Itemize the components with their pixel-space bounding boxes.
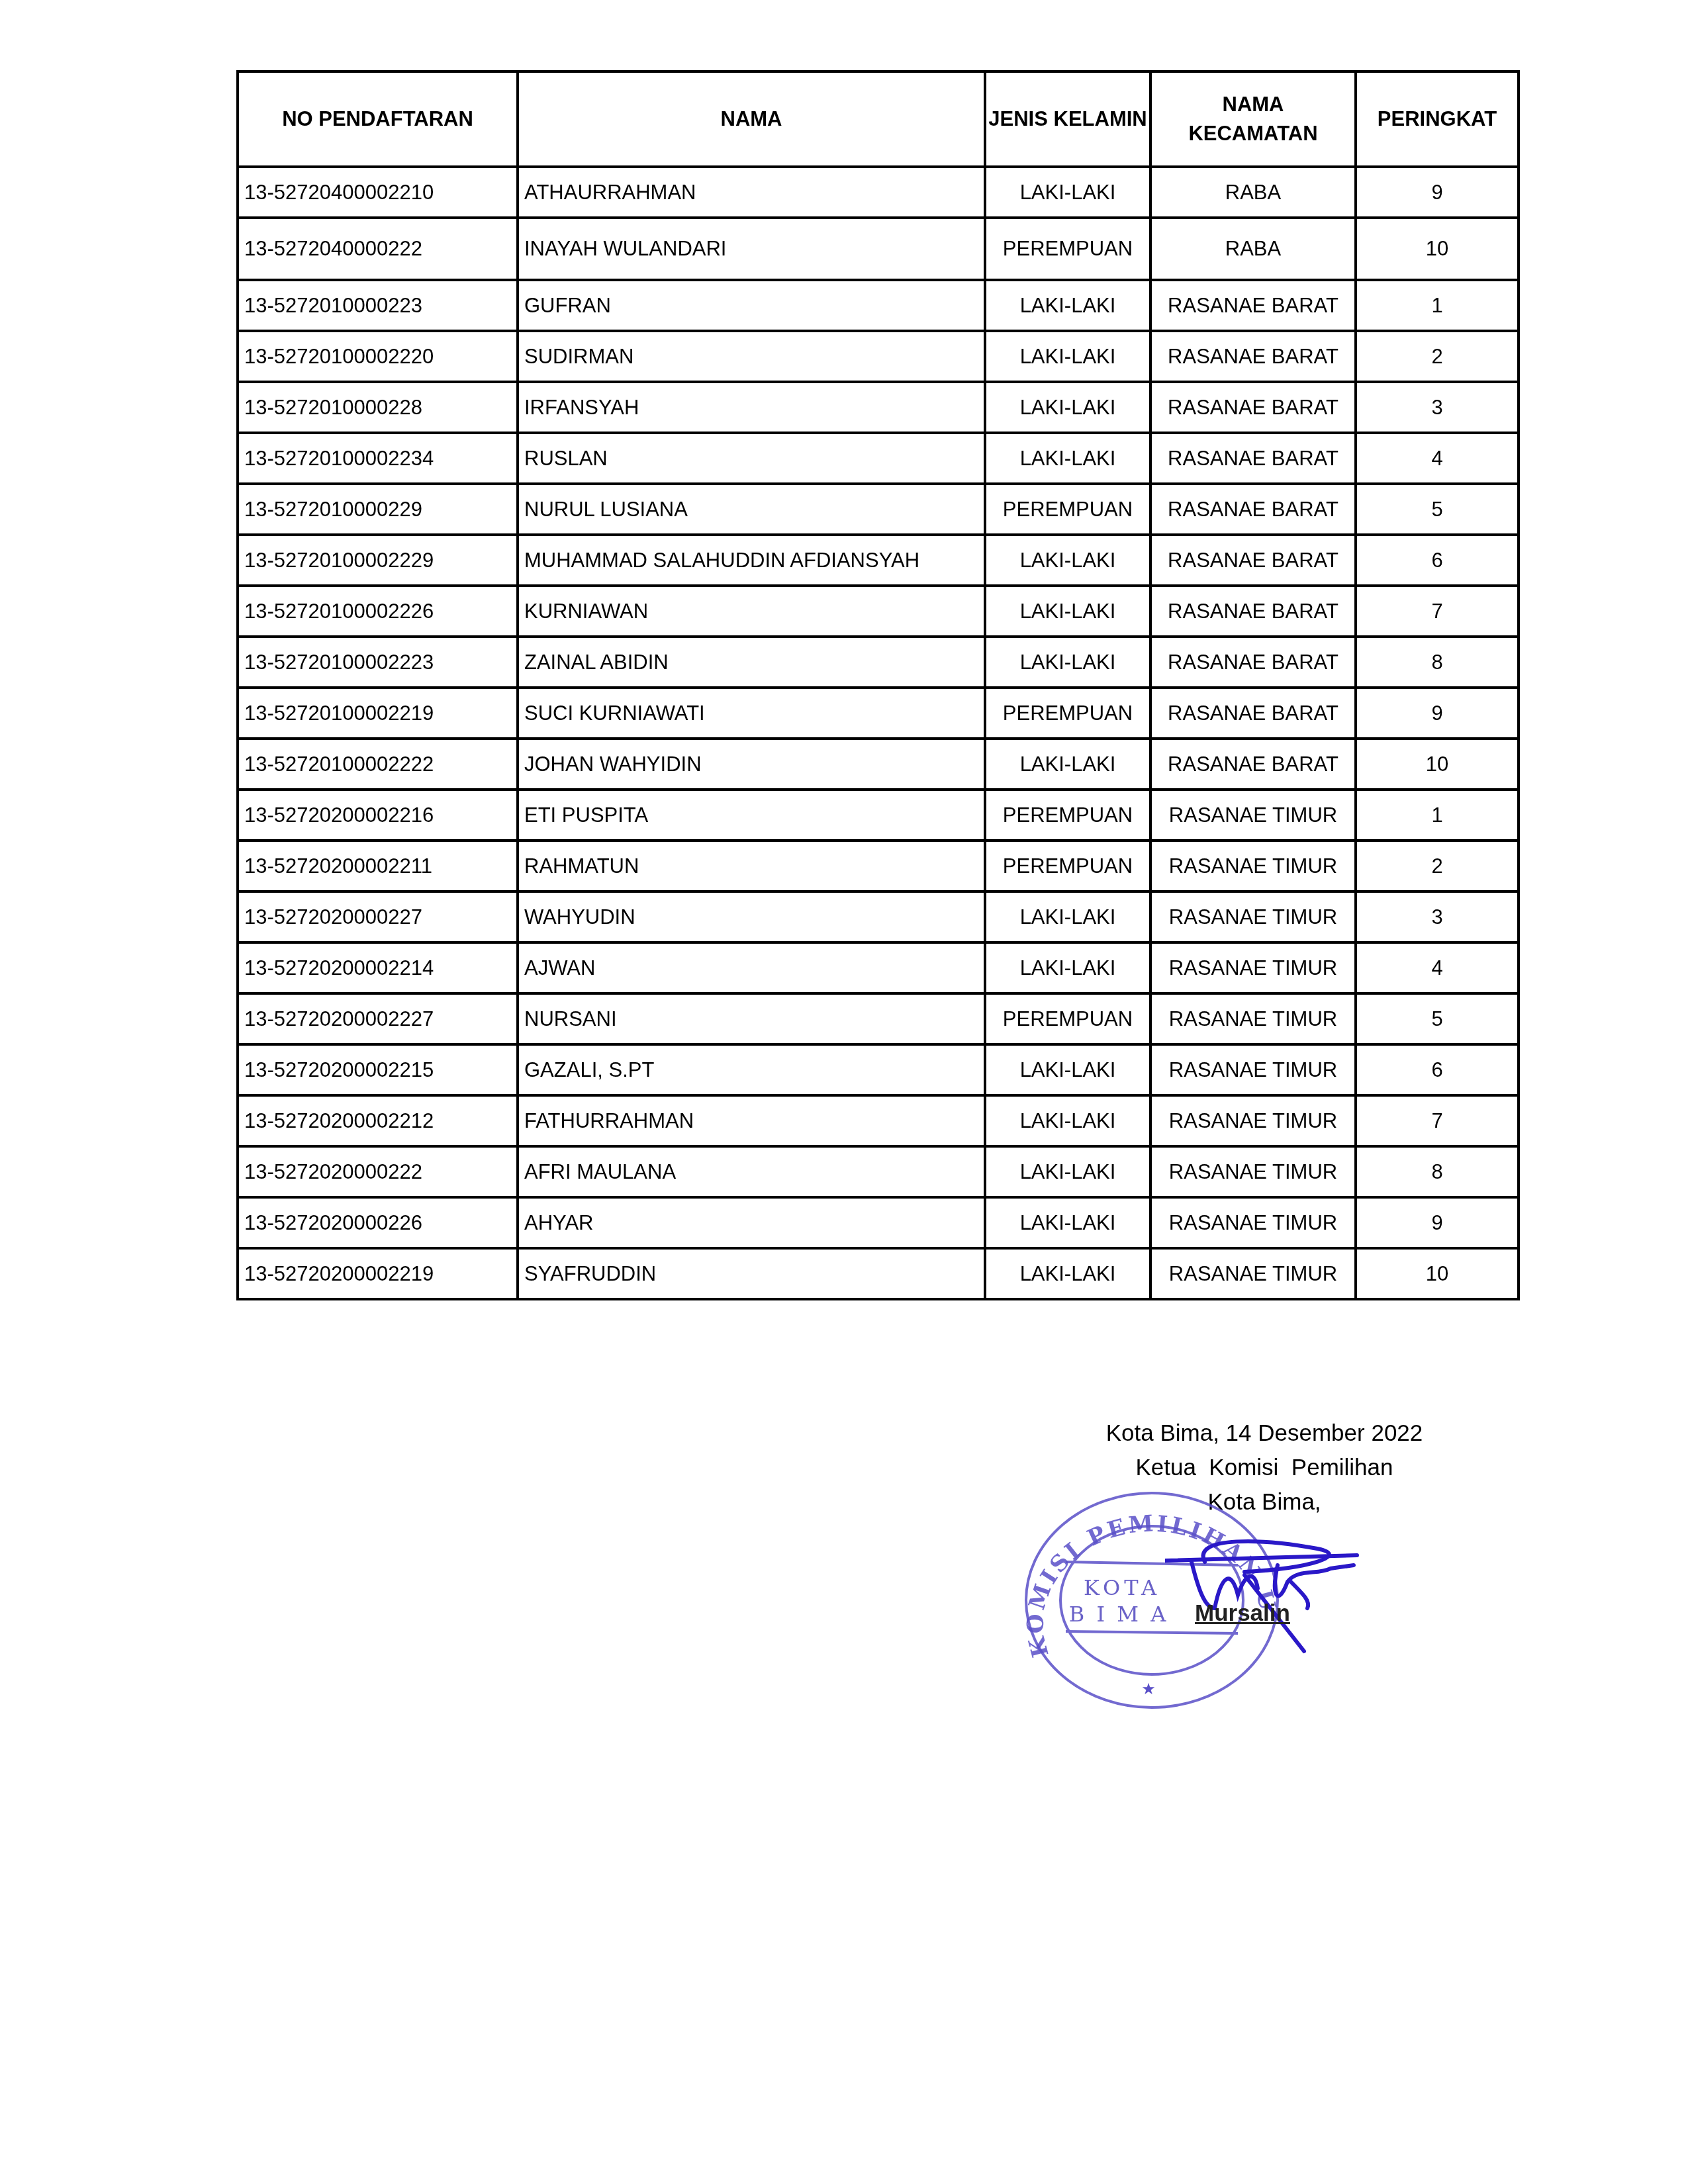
table-row: 13-5272010000223GUFRANLAKI-LAKIRASANAE B…: [238, 280, 1519, 331]
table-row: 13-52720100002220SUDIRMANLAKI-LAKIRASANA…: [238, 331, 1519, 382]
cell-kecamatan: RASANAE BARAT: [1150, 586, 1356, 637]
cell-kecamatan: RASANAE TIMUR: [1150, 942, 1356, 993]
cell-no-pendaftaran: 13-52720200002211: [238, 841, 518, 891]
cell-nama: KURNIAWAN: [518, 586, 985, 637]
cell-nama: AJWAN: [518, 942, 985, 993]
cell-peringkat: 10: [1356, 739, 1519, 790]
cell-jenis-kelamin: LAKI-LAKI: [985, 167, 1150, 218]
cell-no-pendaftaran: 13-5272020000226: [238, 1197, 518, 1248]
cell-no-pendaftaran: 13-52720100002219: [238, 688, 518, 739]
cell-nama: GAZALI, S.PT: [518, 1044, 985, 1095]
cell-jenis-kelamin: LAKI-LAKI: [985, 586, 1150, 637]
table-body: 13-52720400002210ATHAURRAHMANLAKI-LAKIRA…: [238, 167, 1519, 1299]
cell-peringkat: 7: [1356, 586, 1519, 637]
cell-kecamatan: RASANAE TIMUR: [1150, 1197, 1356, 1248]
cell-no-pendaftaran: 13-5272010000228: [238, 382, 518, 433]
table-row: 13-52720100002229MUHAMMAD SALAHUDDIN AFD…: [238, 535, 1519, 586]
cell-peringkat: 2: [1356, 331, 1519, 382]
table-row: 13-52720200002219SYAFRUDDINLAKI-LAKIRASA…: [238, 1248, 1519, 1299]
cell-kecamatan: RASANAE BARAT: [1150, 739, 1356, 790]
table-row: 13-52720100002226KURNIAWANLAKI-LAKIRASAN…: [238, 586, 1519, 637]
cell-no-pendaftaran: 13-5272020000222: [238, 1146, 518, 1197]
cell-nama: GUFRAN: [518, 280, 985, 331]
table-row: 13-52720100002223ZAINAL ABIDINLAKI-LAKIR…: [238, 637, 1519, 688]
table-row: 13-5272020000226AHYARLAKI-LAKIRASANAE TI…: [238, 1197, 1519, 1248]
table-row: 13-52720200002212FATHURRAHMANLAKI-LAKIRA…: [238, 1095, 1519, 1146]
cell-no-pendaftaran: 13-52720100002229: [238, 535, 518, 586]
cell-no-pendaftaran: 13-52720100002222: [238, 739, 518, 790]
cell-no-pendaftaran: 13-52720100002223: [238, 637, 518, 688]
cell-jenis-kelamin: LAKI-LAKI: [985, 1044, 1150, 1095]
cell-kecamatan: RASANAE TIMUR: [1150, 1248, 1356, 1299]
cell-kecamatan: RASANAE BARAT: [1150, 331, 1356, 382]
cell-no-pendaftaran: 13-52720200002227: [238, 993, 518, 1044]
cell-nama: ZAINAL ABIDIN: [518, 637, 985, 688]
cell-jenis-kelamin: LAKI-LAKI: [985, 1095, 1150, 1146]
ranking-table: NO PENDAFTARAN NAMA JENIS KELAMIN NAMAKE…: [236, 70, 1520, 1300]
cell-jenis-kelamin: LAKI-LAKI: [985, 942, 1150, 993]
cell-jenis-kelamin: LAKI-LAKI: [985, 433, 1150, 484]
table-row: 13-5272020000227WAHYUDINLAKI-LAKIRASANAE…: [238, 891, 1519, 942]
cell-peringkat: 5: [1356, 484, 1519, 535]
cell-nama: AHYAR: [518, 1197, 985, 1248]
cell-peringkat: 9: [1356, 688, 1519, 739]
cell-nama: ETI PUSPITA: [518, 790, 985, 841]
table-row: 13-5272040000222INAYAH WULANDARIPEREMPUA…: [238, 218, 1519, 280]
svg-text:★: ★: [1141, 1680, 1156, 1698]
signatory-title: Ketua Komisi Pemilihan: [1033, 1451, 1496, 1485]
cell-kecamatan: RASANAE TIMUR: [1150, 993, 1356, 1044]
header-no-pendaftaran: NO PENDAFTARAN: [238, 71, 518, 167]
cell-jenis-kelamin: PEREMPUAN: [985, 841, 1150, 891]
cell-kecamatan: RASANAE BARAT: [1150, 637, 1356, 688]
cell-kecamatan: RASANAE BARAT: [1150, 280, 1356, 331]
cell-jenis-kelamin: LAKI-LAKI: [985, 891, 1150, 942]
cell-kecamatan: RASANAE BARAT: [1150, 484, 1356, 535]
cell-peringkat: 3: [1356, 382, 1519, 433]
cell-no-pendaftaran: 13-52720200002214: [238, 942, 518, 993]
table-row: 13-52720200002211RAHMATUNPEREMPUANRASANA…: [238, 841, 1519, 891]
cell-peringkat: 5: [1356, 993, 1519, 1044]
cell-peringkat: 4: [1356, 942, 1519, 993]
cell-kecamatan: RASANAE TIMUR: [1150, 1095, 1356, 1146]
table-row: 13-52720100002234RUSLANLAKI-LAKIRASANAE …: [238, 433, 1519, 484]
signer-name: Mursalin: [1195, 1600, 1290, 1627]
cell-nama: AFRI MAULANA: [518, 1146, 985, 1197]
cell-no-pendaftaran: 13-52720100002220: [238, 331, 518, 382]
table-row: 13-5272010000228IRFANSYAHLAKI-LAKIRASANA…: [238, 382, 1519, 433]
table-row: 13-52720200002214AJWANLAKI-LAKIRASANAE T…: [238, 942, 1519, 993]
cell-nama: MUHAMMAD SALAHUDDIN AFDIANSYAH: [518, 535, 985, 586]
cell-nama: RUSLAN: [518, 433, 985, 484]
cell-jenis-kelamin: LAKI-LAKI: [985, 637, 1150, 688]
cell-jenis-kelamin: PEREMPUAN: [985, 790, 1150, 841]
cell-nama: NURSANI: [518, 993, 985, 1044]
cell-jenis-kelamin: PEREMPUAN: [985, 688, 1150, 739]
cell-nama: NURUL LUSIANA: [518, 484, 985, 535]
cell-jenis-kelamin: LAKI-LAKI: [985, 739, 1150, 790]
place-date: Kota Bima, 14 Desember 2022: [1033, 1416, 1496, 1451]
table-row: 13-52720100002222JOHAN WAHYIDINLAKI-LAKI…: [238, 739, 1519, 790]
table-row: 13-52720200002227NURSANIPEREMPUANRASANAE…: [238, 993, 1519, 1044]
cell-peringkat: 9: [1356, 167, 1519, 218]
table-row: 13-5272020000222AFRI MAULANALAKI-LAKIRAS…: [238, 1146, 1519, 1197]
cell-no-pendaftaran: 13-52720100002226: [238, 586, 518, 637]
cell-kecamatan: RASANAE BARAT: [1150, 688, 1356, 739]
cell-kecamatan: RASANAE TIMUR: [1150, 790, 1356, 841]
cell-no-pendaftaran: 13-52720200002215: [238, 1044, 518, 1095]
cell-peringkat: 8: [1356, 1146, 1519, 1197]
cell-peringkat: 6: [1356, 1044, 1519, 1095]
cell-kecamatan: RASANAE BARAT: [1150, 433, 1356, 484]
cell-peringkat: 10: [1356, 1248, 1519, 1299]
svg-text:B I M A: B I M A: [1069, 1602, 1169, 1627]
cell-peringkat: 3: [1356, 891, 1519, 942]
cell-nama: SYAFRUDDIN: [518, 1248, 985, 1299]
table-row: 13-52720200002215GAZALI, S.PTLAKI-LAKIRA…: [238, 1044, 1519, 1095]
table-row: 13-52720100002219SUCI KURNIAWATIPEREMPUA…: [238, 688, 1519, 739]
cell-peringkat: 1: [1356, 280, 1519, 331]
table-row: 13-5272010000229NURUL LUSIANAPEREMPUANRA…: [238, 484, 1519, 535]
cell-no-pendaftaran: 13-52720200002219: [238, 1248, 518, 1299]
cell-peringkat: 6: [1356, 535, 1519, 586]
cell-no-pendaftaran: 13-52720100002234: [238, 433, 518, 484]
header-nama-kecamatan: NAMAKECAMATAN: [1150, 71, 1356, 167]
cell-jenis-kelamin: LAKI-LAKI: [985, 382, 1150, 433]
table-header-row: NO PENDAFTARAN NAMA JENIS KELAMIN NAMAKE…: [238, 71, 1519, 167]
cell-no-pendaftaran: 13-52720200002216: [238, 790, 518, 841]
table-row: 13-52720400002210ATHAURRAHMANLAKI-LAKIRA…: [238, 167, 1519, 218]
cell-kecamatan: RABA: [1150, 167, 1356, 218]
cell-peringkat: 2: [1356, 841, 1519, 891]
cell-kecamatan: RASANAE BARAT: [1150, 535, 1356, 586]
cell-jenis-kelamin: PEREMPUAN: [985, 218, 1150, 280]
cell-no-pendaftaran: 13-5272010000229: [238, 484, 518, 535]
svg-text:KOTA: KOTA: [1084, 1575, 1160, 1600]
cell-nama: INAYAH WULANDARI: [518, 218, 985, 280]
cell-nama: RAHMATUN: [518, 841, 985, 891]
cell-nama: FATHURRAHMAN: [518, 1095, 985, 1146]
cell-kecamatan: RASANAE TIMUR: [1150, 1044, 1356, 1095]
cell-nama: IRFANSYAH: [518, 382, 985, 433]
cell-nama: JOHAN WAHYIDIN: [518, 739, 985, 790]
table-row: 13-52720200002216ETI PUSPITAPEREMPUANRAS…: [238, 790, 1519, 841]
cell-kecamatan: RASANAE TIMUR: [1150, 841, 1356, 891]
cell-no-pendaftaran: 13-5272040000222: [238, 218, 518, 280]
cell-peringkat: 7: [1356, 1095, 1519, 1146]
cell-jenis-kelamin: LAKI-LAKI: [985, 1146, 1150, 1197]
cell-kecamatan: RASANAE BARAT: [1150, 382, 1356, 433]
cell-no-pendaftaran: 13-5272010000223: [238, 280, 518, 331]
cell-no-pendaftaran: 13-52720400002210: [238, 167, 518, 218]
cell-jenis-kelamin: LAKI-LAKI: [985, 280, 1150, 331]
cell-jenis-kelamin: PEREMPUAN: [985, 993, 1150, 1044]
cell-peringkat: 8: [1356, 637, 1519, 688]
cell-jenis-kelamin: PEREMPUAN: [985, 484, 1150, 535]
header-nama: NAMA: [518, 71, 985, 167]
cell-jenis-kelamin: LAKI-LAKI: [985, 1197, 1150, 1248]
cell-nama: SUCI KURNIAWATI: [518, 688, 985, 739]
cell-peringkat: 10: [1356, 218, 1519, 280]
cell-kecamatan: RABA: [1150, 218, 1356, 280]
cell-jenis-kelamin: LAKI-LAKI: [985, 331, 1150, 382]
header-peringkat: PERINGKAT: [1356, 71, 1519, 167]
header-nama-kecamatan-text: NAMAKECAMATAN: [1188, 93, 1317, 145]
cell-jenis-kelamin: LAKI-LAKI: [985, 1248, 1150, 1299]
cell-nama: SUDIRMAN: [518, 331, 985, 382]
cell-jenis-kelamin: LAKI-LAKI: [985, 535, 1150, 586]
cell-peringkat: 1: [1356, 790, 1519, 841]
cell-peringkat: 4: [1356, 433, 1519, 484]
cell-nama: ATHAURRAHMAN: [518, 167, 985, 218]
cell-no-pendaftaran: 13-5272020000227: [238, 891, 518, 942]
cell-kecamatan: RASANAE TIMUR: [1150, 891, 1356, 942]
cell-nama: WAHYUDIN: [518, 891, 985, 942]
cell-kecamatan: RASANAE TIMUR: [1150, 1146, 1356, 1197]
header-jenis-kelamin: JENIS KELAMIN: [985, 71, 1150, 167]
cell-no-pendaftaran: 13-52720200002212: [238, 1095, 518, 1146]
cell-peringkat: 9: [1356, 1197, 1519, 1248]
